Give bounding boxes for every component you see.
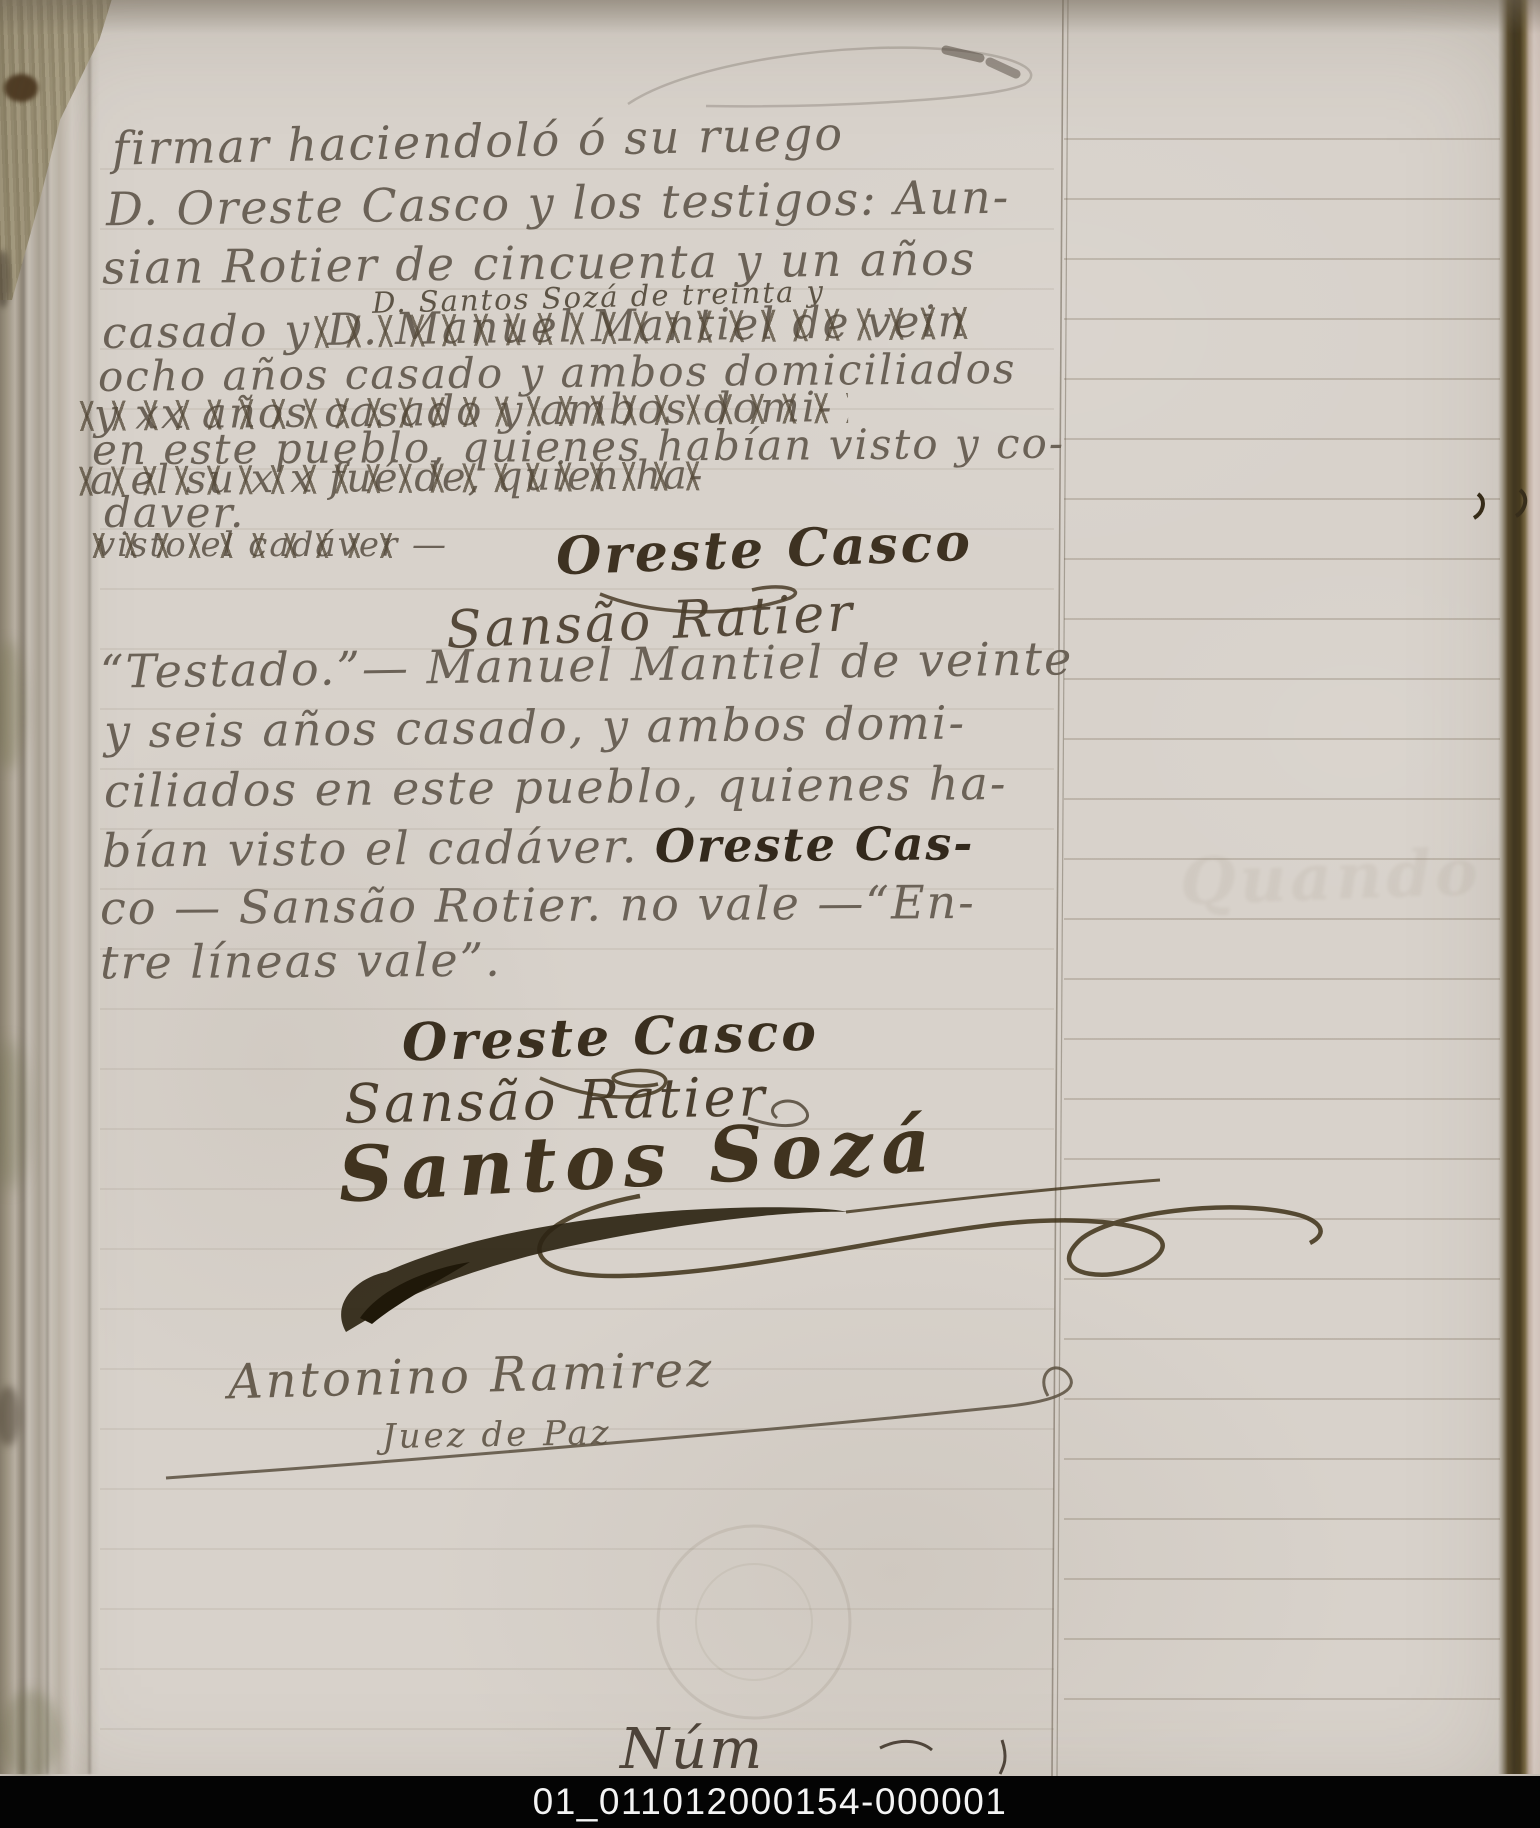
manuscript-line: firmar haciendoló ó su ruego [112, 110, 845, 171]
manuscript-line: y seis años casado, y ambos domi- [104, 699, 966, 754]
signature-role-juez-de-paz: Juez de Paz [382, 1416, 612, 1454]
margin-rule-line [1052, 0, 1063, 1776]
scan-id-bar: 01_011012000154-000001 [0, 1776, 1540, 1828]
cutoff-letter-stroke [880, 1741, 932, 1750]
manuscript-line: bían visto el cadáver. Oreste Cas- [102, 820, 975, 874]
cutoff-letter-stroke [1000, 1740, 1005, 1774]
signature-oreste-casco: Oreste Casco [555, 517, 974, 584]
manuscript-line: D. Oreste Casco y los testigos: Aun- [106, 174, 1011, 233]
pencil-smudge [946, 50, 980, 58]
pencil-loop [628, 48, 1031, 107]
manuscript-line: tre líneas vale”. [100, 937, 502, 986]
bleedthrough-text: Quando [1179, 835, 1483, 920]
margin-rule-line [1057, 0, 1068, 1776]
signature-antonino-ramirez: Antonino Ramirez [227, 1346, 715, 1407]
document-scan: Quando firmar haciendoló ó su ruego D. O… [0, 0, 1540, 1828]
scan-id-text: 01_011012000154-000001 [533, 1781, 1008, 1823]
next-entry-fragment: Núm [620, 1722, 764, 1778]
manuscript-line: visto el cadáver — [96, 528, 448, 562]
ink-smudge-core [360, 1262, 470, 1324]
pencil-smudge [990, 62, 1016, 74]
struck-text: visto el cadáver [96, 528, 399, 562]
page-edge-right [1498, 0, 1540, 1774]
edge-ink-curl [1474, 494, 1483, 518]
manuscript-line: ciliados en este pueblo, quienes ha- [104, 760, 1008, 814]
ruled-lines-margin-column [1064, 80, 1500, 1758]
stamp-ghost [696, 1564, 812, 1680]
signature-flourish-grand [539, 1196, 1320, 1276]
signature-oreste-casco-2: Oreste Casco [401, 1007, 819, 1070]
ink-smudge [341, 1207, 848, 1332]
top-shadow [0, 0, 1540, 34]
stamp-ghost [658, 1526, 850, 1718]
emphasized-text: Oreste Cas- [655, 816, 975, 873]
manuscript-line: co — Sansão Rotier. no vale —“En- [100, 879, 976, 931]
